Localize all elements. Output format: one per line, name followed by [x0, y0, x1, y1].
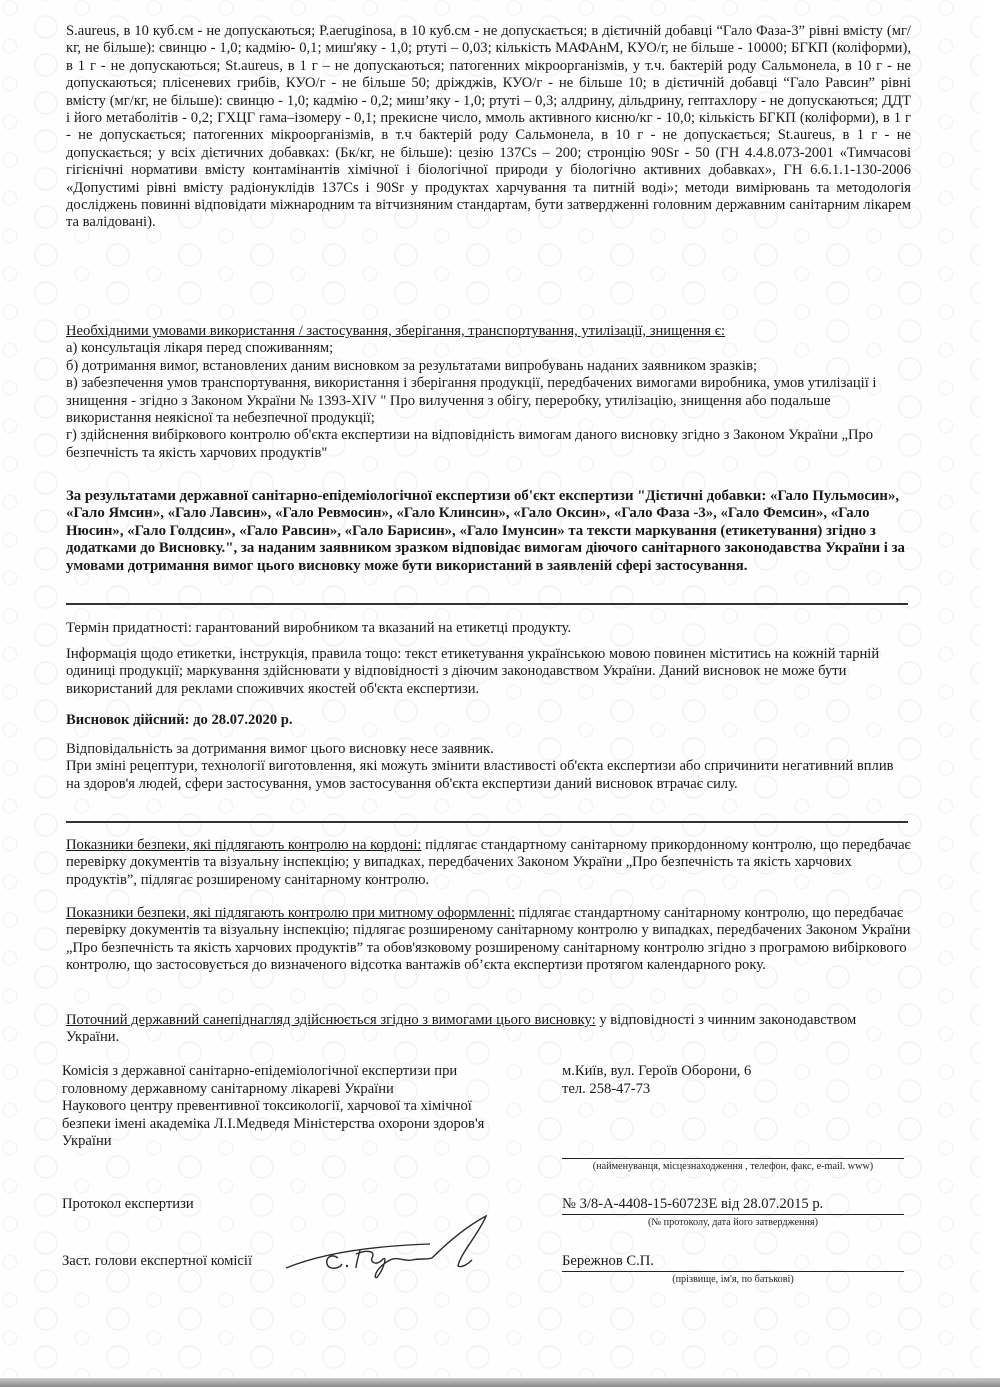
border-control-section: Показники безпеки, які підлягають контро… — [66, 837, 911, 889]
phone-line: тел. 258-47-73 — [562, 1081, 902, 1099]
scan-edge-bottom — [0, 1378, 1000, 1387]
address-line: м.Київ, вул. Героїв Оборони, 6 — [562, 1063, 902, 1081]
shelf-life-section: Термін придатності: гарантований виробни… — [66, 620, 911, 637]
customs-control-heading: Показники безпеки, які підлягають контро… — [66, 905, 515, 921]
handwritten-signature-icon — [280, 1210, 520, 1285]
protocol-underline — [562, 1214, 904, 1215]
signer-name: Бережнов С.П. — [562, 1253, 904, 1271]
label-info-section: Інформація щодо етикетки, інструкція, пр… — [66, 646, 911, 698]
condition-item: а) консультація лікаря перед споживанням… — [66, 340, 911, 357]
deputy-chair-label: Заст. голови експертної комісії — [62, 1253, 252, 1271]
address-caption: (найменуванця, місцезнаходження , телефо… — [562, 1161, 904, 1172]
organization-line: головному державному санітарному лікарев… — [62, 1081, 542, 1099]
supervision-section: Поточний державний санепіднагляд здійсню… — [66, 1012, 911, 1047]
validity-section: Висновок дійсний: до 28.07.2020 р. — [66, 712, 911, 729]
customs-control-section: Показники безпеки, які підлягають контро… — [66, 905, 911, 975]
conditions-heading: Необхідними умовами використання / засто… — [66, 323, 911, 340]
conditions-section: Необхідними умовами використання / засто… — [66, 323, 911, 462]
organization-line: Наукового центру превентивної токсиколог… — [62, 1098, 542, 1116]
organization-address: м.Київ, вул. Героїв Оборони, 6 тел. 258-… — [562, 1063, 902, 1098]
shelf-life-text: Термін придатності: гарантований виробни… — [66, 620, 911, 637]
supervision-heading: Поточний державний санепіднагляд здійсню… — [66, 1012, 596, 1028]
protocol-label: Протокол експертизи — [62, 1196, 194, 1214]
contaminant-limits-text: S.aureus, в 10 куб.см - не допускаються;… — [66, 23, 911, 232]
border-control-heading: Показники безпеки, які підлягають контро… — [66, 837, 421, 853]
address-underline — [562, 1158, 904, 1159]
condition-item: б) дотримання вимог, встановлених даним … — [66, 358, 911, 375]
conclusion-text: За результатами державної санітарно-епід… — [66, 488, 911, 575]
organization-line: Комісія з державної санітарно-епідеміоло… — [62, 1063, 542, 1081]
valid-until-text: Висновок дійсний: до 28.07.2020 р. — [66, 712, 911, 729]
page-margin-right — [980, 0, 1000, 1378]
divider — [66, 821, 908, 823]
organization-line: України — [62, 1133, 542, 1151]
protocol-number: № 3/8-А-4408-15-60723Е від 28.07.2015 р. — [562, 1196, 904, 1214]
organization-line: безпеки імені академіка Л.І.Медведя Міні… — [62, 1116, 542, 1134]
signer-caption: (прізвище, ім'я, по батькові) — [562, 1274, 904, 1285]
invalidation-text: При зміні рецептури, технології виготовл… — [66, 758, 911, 793]
condition-item: г) здійснення вибіркового контролю об'єк… — [66, 427, 911, 462]
signer-underline — [562, 1271, 904, 1272]
divider — [66, 603, 908, 605]
conclusion-section: За результатами державної санітарно-епід… — [66, 488, 911, 575]
responsibility-text: Відповідальність за дотримання вимог цьо… — [66, 741, 911, 758]
organization-name: Комісія з державної санітарно-епідеміоло… — [62, 1063, 542, 1151]
label-info-text: Інформація щодо етикетки, інструкція, пр… — [66, 646, 911, 698]
protocol-caption: (№ протоколу, дата його затвердження) — [562, 1217, 904, 1228]
continuation-paragraph: S.aureus, в 10 куб.см - не допускаються;… — [66, 23, 911, 232]
condition-item: в) забезпечення умов транспортування, ви… — [66, 375, 911, 427]
responsibility-section: Відповідальність за дотримання вимог цьо… — [66, 741, 911, 793]
